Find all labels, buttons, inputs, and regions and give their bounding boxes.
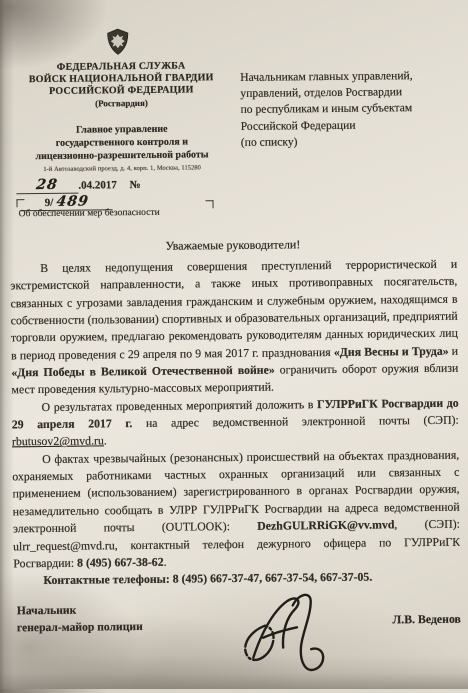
letterhead-org-block: ФЕДЕРАЛЬНАЯ СЛУЖБА ВОЙСК НАЦИОНАЛЬНОЙ ГВ…	[7, 60, 235, 110]
outlook-email-text: DezhGULRRiGK@vv.mvd	[257, 517, 394, 532]
text-run: .	[104, 434, 107, 448]
salutation: Уважаемые руководители!	[0, 236, 467, 256]
text-run: «Дня Весны и Труда»	[334, 343, 449, 358]
text-run: «Дня Победы в Великой Отечественной войн…	[11, 363, 275, 380]
body-paragraph: О фактах чрезвычайных (резонансных) прои…	[12, 446, 460, 572]
text-run: .	[163, 555, 166, 569]
letter-subject: Об обеспечении мер безопасности	[19, 206, 219, 219]
org-short-name: (Росгвардия)	[7, 97, 235, 109]
text-run: на адрес ведомственной электронной почты…	[132, 413, 459, 430]
scanned-official-letter: ФЕДЕРАЛЬНАЯ СЛУЖБА ВОЙСК НАЦИОНАЛЬНОЙ ГВ…	[0, 0, 468, 689]
subject-corner-mark-left	[16, 199, 24, 207]
text-run: и	[449, 343, 459, 357]
number-sign: №	[130, 179, 141, 191]
signer-post-line: Начальник	[17, 601, 143, 619]
org-line: ВОЙСК НАЦИОНАЛЬНОЙ ГВАРДИИ	[7, 72, 235, 86]
org-line: РОССИЙСКОЙ ФЕДЕРАЦИИ	[7, 84, 235, 98]
body-paragraph: О результатах проведенных мероприятий до…	[12, 394, 460, 451]
division-line: лицензионно-разрешительной работы	[8, 148, 236, 163]
signer-post-line: генерал-майор полиции	[17, 618, 143, 636]
letterhead-address: 1-й Автозаводский проезд, д. 4, корп. 1,…	[8, 164, 236, 173]
contact-phones: Контактные телефоны: 8 (495) 667-37-47, …	[43, 570, 372, 587]
letter-body: В целях недопущения совершения преступле…	[10, 256, 460, 590]
rosgvardia-eagle-shield-icon	[101, 27, 135, 57]
text-run: О результатах проведенных мероприятий до…	[42, 397, 318, 414]
duty-officer-phone: 8 (495) 667-38-62	[77, 555, 164, 570]
body-paragraph: В целях недопущения совершения преступле…	[10, 256, 458, 399]
addressee-block: Начальникам главных управлений, управлен…	[240, 68, 453, 151]
body-paragraph: Контактные телефоны: 8 (495) 667-37-47, …	[13, 568, 460, 590]
sep-email-text: rbutusov2@mvd.ru	[12, 434, 104, 449]
signer-post-block: Начальник генерал-майор полиции	[17, 601, 143, 636]
handwritten-signature-icon	[235, 587, 348, 686]
date-day-field: 28	[16, 177, 78, 195]
addressee-line: (по списку)	[241, 133, 453, 151]
signer-name: Л.В. Веденов	[355, 612, 461, 628]
handwritten-day: 28	[36, 177, 60, 193]
date-printed: .04.2017	[78, 179, 117, 191]
letterhead-division-block: Главное управление государственного конт…	[8, 122, 236, 163]
